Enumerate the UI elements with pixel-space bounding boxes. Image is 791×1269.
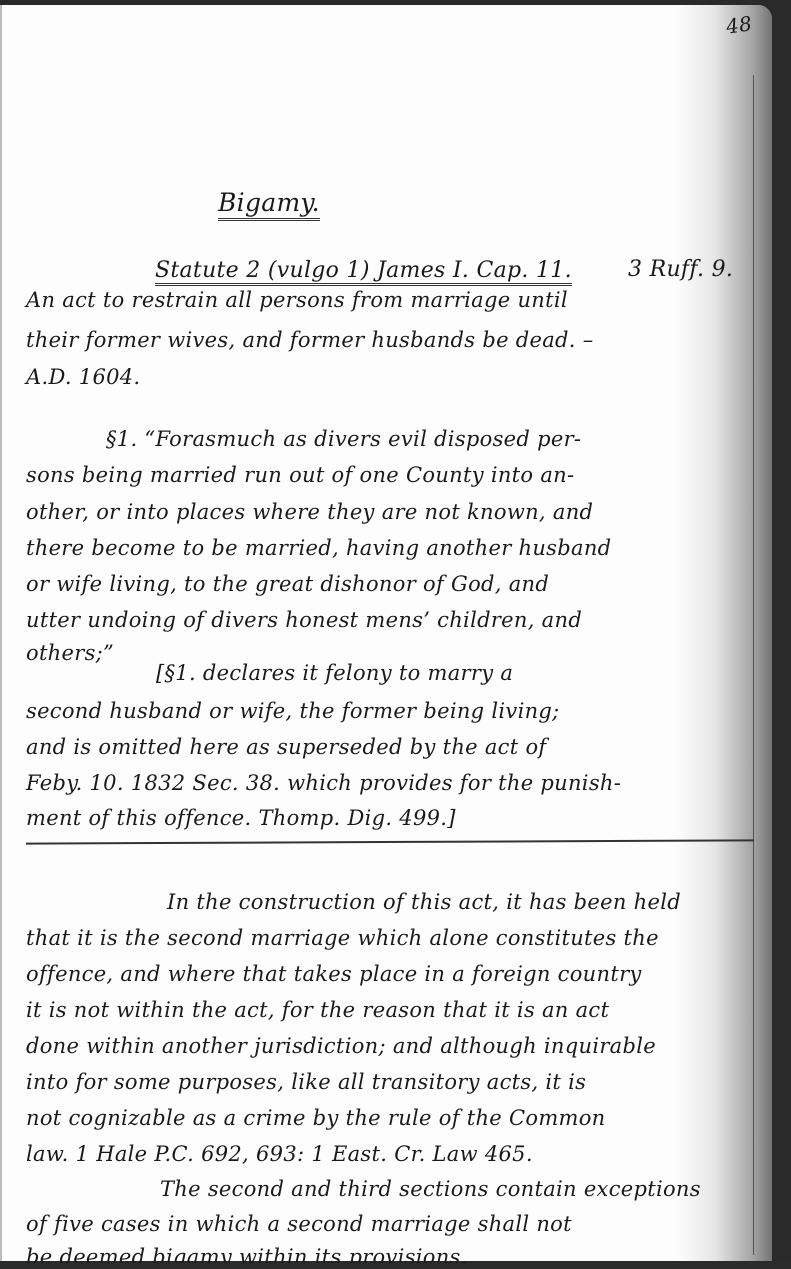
preamble-line: An act to restrain all persons from marr… bbox=[26, 288, 568, 312]
section-1-line: sons being married run out of one County… bbox=[26, 463, 574, 487]
commentary-line: law. 1 Hale P.C. 692, 693: 1 East. Cr. L… bbox=[26, 1142, 533, 1166]
scan-bottom-border bbox=[0, 1263, 791, 1269]
commentary-line: of five cases in which a second marriage… bbox=[26, 1212, 572, 1236]
margin-reference: 3 Ruff. 9. bbox=[628, 257, 733, 282]
statute-heading: Statute 2 (vulgo 1) James I. Cap. 11. bbox=[155, 258, 572, 286]
commentary-line: The second and third sections contain ex… bbox=[160, 1177, 701, 1201]
preamble-line: their former wives, and former husbands … bbox=[26, 328, 594, 352]
commentary-line: In the construction of this act, it has … bbox=[167, 890, 681, 914]
section-1-line: others;” bbox=[26, 641, 114, 665]
commentary-line: done within another jurisdiction; and al… bbox=[26, 1034, 656, 1058]
section-divider bbox=[26, 839, 754, 844]
preamble-line: A.D. 1604. bbox=[26, 365, 140, 389]
section-1-line: §1. “Forasmuch as divers evil disposed p… bbox=[106, 427, 581, 451]
editorial-note-line: [§1. declares it felony to marry a bbox=[156, 661, 513, 685]
commentary-line: not cognizable as a crime by the rule of… bbox=[26, 1106, 606, 1130]
editorial-note-line: second husband or wife, the former being… bbox=[26, 699, 560, 723]
page-edge-shadow bbox=[677, 5, 772, 1261]
section-1-line: utter undoing of divers honest mens’ chi… bbox=[26, 608, 582, 632]
editorial-note-line: Feby. 10. 1832 Sec. 38. which provides f… bbox=[26, 771, 621, 795]
commentary-line: it is not within the act, for the reason… bbox=[26, 998, 609, 1022]
commentary-line: offence, and where that takes place in a… bbox=[26, 962, 642, 986]
section-1-line: there become to be married, having anoth… bbox=[26, 536, 611, 560]
commentary-line: into for some purposes, like all transit… bbox=[26, 1070, 586, 1094]
commentary-line: that it is the second marriage which alo… bbox=[26, 926, 659, 950]
editorial-note-line: and is omitted here as superseded by the… bbox=[26, 735, 546, 759]
page-edge-line bbox=[753, 75, 754, 1255]
section-1-line: other, or into places where they are not… bbox=[26, 500, 593, 524]
manuscript-page: 48 Bigamy. Statute 2 (vulgo 1) James I. … bbox=[0, 5, 772, 1261]
page-title: Bigamy. bbox=[218, 188, 320, 221]
editorial-note-line: ment of this offence. Thomp. Dig. 499.] bbox=[26, 806, 456, 830]
page-number: 48 bbox=[724, 11, 753, 38]
section-1-line: or wife living, to the great dishonor of… bbox=[26, 572, 549, 596]
